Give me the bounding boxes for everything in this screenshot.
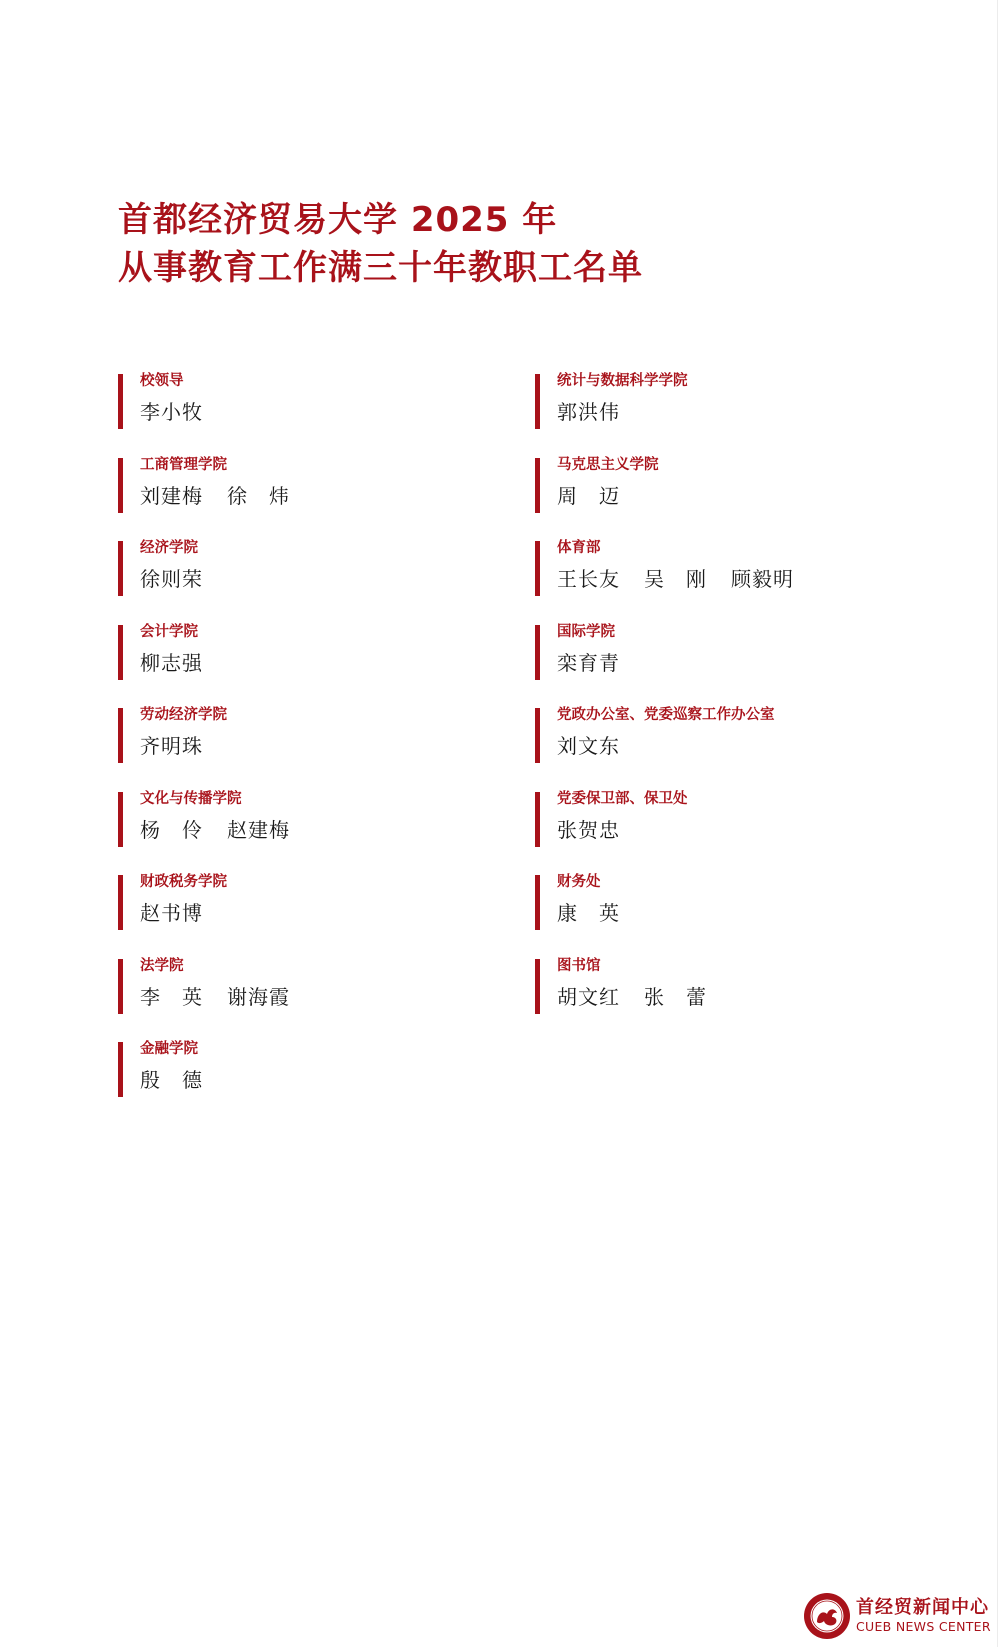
page-title-line2: 从事教育工作满三十年教职工名单 <box>118 244 643 292</box>
staff-names: 王长友吴 刚顾毅明 <box>557 565 818 593</box>
staff-names: 刘建梅徐 炜 <box>140 482 314 510</box>
unit-section: 校领导 李小牧 <box>118 372 314 428</box>
staff-names: 齐明珠 <box>140 732 314 760</box>
unit-label: 文化与传播学院 <box>140 790 314 808</box>
staff-name: 刘建梅 <box>140 482 203 510</box>
unit-label: 会计学院 <box>140 623 314 641</box>
accent-bar <box>118 959 123 1014</box>
accent-bar <box>118 708 123 763</box>
staff-name: 栾育青 <box>557 649 620 677</box>
staff-name: 胡文红 <box>557 983 620 1011</box>
news-center-name-cn: 首经贸新闻中心 <box>856 1597 991 1619</box>
staff-name: 杨 伶 <box>140 816 203 844</box>
staff-name: 赵建梅 <box>227 816 290 844</box>
accent-bar <box>535 708 540 763</box>
unit-section: 会计学院 柳志强 <box>118 623 314 679</box>
staff-name: 齐明珠 <box>140 732 203 760</box>
right-column: 统计与数据科学学院 郭洪伟 马克思主义学院 周 迈 体育部 王长友吴 刚顾毅明 … <box>535 370 818 1040</box>
staff-names: 康 英 <box>557 899 818 927</box>
unit-section: 经济学院 徐则荣 <box>118 539 314 595</box>
unit-label: 国际学院 <box>557 623 818 641</box>
unit-label: 校领导 <box>140 372 314 390</box>
staff-name: 张贺忠 <box>557 816 620 844</box>
staff-name: 顾毅明 <box>731 565 794 593</box>
unit-section: 党委保卫部、保卫处 张贺忠 <box>535 790 818 846</box>
news-center-name-en: CUEB NEWS CENTER <box>856 1619 991 1635</box>
staff-names: 徐则荣 <box>140 565 314 593</box>
accent-bar <box>535 458 540 513</box>
accent-bar <box>118 541 123 596</box>
staff-name: 殷 德 <box>140 1066 203 1094</box>
unit-label: 劳动经济学院 <box>140 706 314 724</box>
staff-name: 谢海霞 <box>227 983 290 1011</box>
staff-names: 张贺忠 <box>557 816 818 844</box>
unit-label: 党政办公室、党委巡察工作办公室 <box>557 706 818 724</box>
accent-bar <box>118 875 123 930</box>
left-column: 校领导 李小牧 工商管理学院 刘建梅徐 炜 经济学院 徐则荣 会计学院 柳志强 … <box>118 370 314 1124</box>
unit-section: 统计与数据科学学院 郭洪伟 <box>535 372 818 428</box>
unit-label: 工商管理学院 <box>140 456 314 474</box>
staff-name: 徐则荣 <box>140 565 203 593</box>
staff-names: 殷 德 <box>140 1066 314 1094</box>
staff-names: 杨 伶赵建梅 <box>140 816 314 844</box>
staff-names: 刘文东 <box>557 732 818 760</box>
accent-bar <box>535 959 540 1014</box>
unit-label: 财务处 <box>557 873 818 891</box>
unit-label: 马克思主义学院 <box>557 456 818 474</box>
unit-label: 体育部 <box>557 539 818 557</box>
staff-names: 郭洪伟 <box>557 398 818 426</box>
unit-section: 马克思主义学院 周 迈 <box>535 456 818 512</box>
staff-name: 周 迈 <box>557 482 620 510</box>
unit-label: 统计与数据科学学院 <box>557 372 818 390</box>
staff-name: 康 英 <box>557 899 620 927</box>
unit-section: 图书馆 胡文红张 蕾 <box>535 957 818 1013</box>
unit-label: 法学院 <box>140 957 314 975</box>
unit-label: 经济学院 <box>140 539 314 557</box>
staff-name: 张 蕾 <box>644 983 707 1011</box>
unit-section: 金融学院 殷 德 <box>118 1040 314 1096</box>
accent-bar <box>535 792 540 847</box>
unit-section: 工商管理学院 刘建梅徐 炜 <box>118 456 314 512</box>
staff-name: 柳志强 <box>140 649 203 677</box>
page-title: 首都经济贸易大学 2025 年 从事教育工作满三十年教职工名单 <box>118 196 643 292</box>
accent-bar <box>118 1042 123 1097</box>
unit-label: 金融学院 <box>140 1040 314 1058</box>
university-seal-icon <box>803 1592 851 1640</box>
staff-names: 柳志强 <box>140 649 314 677</box>
staff-name: 王长友 <box>557 565 620 593</box>
accent-bar <box>118 792 123 847</box>
staff-name: 徐 炜 <box>227 482 290 510</box>
page-edge-divider <box>997 0 998 1647</box>
accent-bar <box>535 625 540 680</box>
staff-names: 栾育青 <box>557 649 818 677</box>
staff-name: 李小牧 <box>140 398 203 426</box>
unit-label: 党委保卫部、保卫处 <box>557 790 818 808</box>
staff-names: 赵书博 <box>140 899 314 927</box>
staff-name: 赵书博 <box>140 899 203 927</box>
staff-name: 吴 刚 <box>644 565 707 593</box>
unit-section: 党政办公室、党委巡察工作办公室 刘文东 <box>535 706 818 762</box>
accent-bar <box>118 625 123 680</box>
unit-section: 法学院 李 英谢海霞 <box>118 957 314 1013</box>
accent-bar <box>535 374 540 429</box>
unit-label: 图书馆 <box>557 957 818 975</box>
unit-section: 财政税务学院 赵书博 <box>118 873 314 929</box>
staff-names: 周 迈 <box>557 482 818 510</box>
accent-bar <box>118 458 123 513</box>
unit-section: 国际学院 栾育青 <box>535 623 818 679</box>
accent-bar <box>535 875 540 930</box>
staff-names: 李小牧 <box>140 398 314 426</box>
staff-name: 郭洪伟 <box>557 398 620 426</box>
page-title-line1: 首都经济贸易大学 2025 年 <box>118 196 643 244</box>
unit-section: 劳动经济学院 齐明珠 <box>118 706 314 762</box>
unit-section: 体育部 王长友吴 刚顾毅明 <box>535 539 818 595</box>
staff-names: 胡文红张 蕾 <box>557 983 818 1011</box>
unit-label: 财政税务学院 <box>140 873 314 891</box>
accent-bar <box>118 374 123 429</box>
news-center-brand: 首经贸新闻中心 CUEB NEWS CENTER <box>856 1597 991 1635</box>
staff-names: 李 英谢海霞 <box>140 983 314 1011</box>
accent-bar <box>535 541 540 596</box>
unit-section: 文化与传播学院 杨 伶赵建梅 <box>118 790 314 846</box>
unit-section: 财务处 康 英 <box>535 873 818 929</box>
staff-name: 刘文东 <box>557 732 620 760</box>
staff-name: 李 英 <box>140 983 203 1011</box>
